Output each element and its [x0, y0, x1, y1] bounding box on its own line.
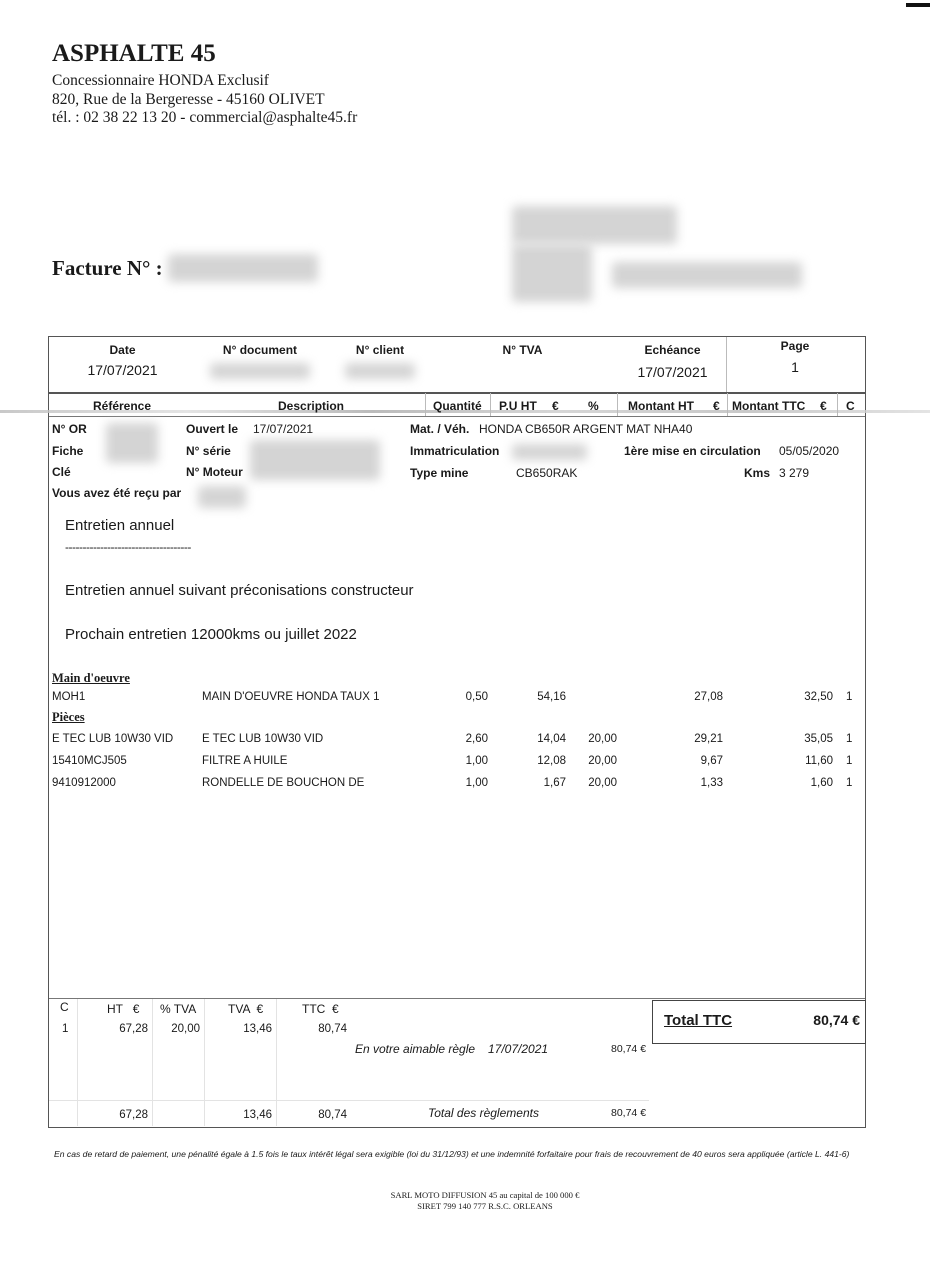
vat-total-ttc: 80,74	[285, 1109, 347, 1121]
vat-total-tva: 13,46	[210, 1109, 272, 1121]
cell-ref: 15410MCJ505	[52, 755, 192, 767]
cell-pct: 20,00	[575, 777, 617, 789]
fiche-label: Fiche	[52, 444, 83, 458]
vat-row-tva: 13,46	[210, 1023, 272, 1035]
col-pu-ht: P.U HT	[499, 399, 537, 413]
section-parts-title: Pièces	[52, 710, 85, 725]
col-montant-ttc-currency: €	[820, 399, 827, 413]
immatriculation-label: Immatriculation	[410, 444, 499, 458]
vat-header-pct: % TVA	[160, 1002, 196, 1016]
page-label: Page	[760, 339, 830, 353]
cell-desc: E TEC LUB 10W30 VID	[202, 733, 432, 745]
cell-ttc: 1,60	[770, 777, 833, 789]
cell-qty: 1,00	[440, 777, 488, 789]
notes-title: Entretien annuel	[65, 517, 174, 534]
date-value: 17/07/2021	[70, 362, 175, 378]
cell-desc: FILTRE A HUILE	[202, 755, 432, 767]
col-c: C	[846, 399, 855, 413]
vat-header-ht: HT €	[107, 1002, 139, 1016]
type-mine-value: CB650RAK	[516, 466, 577, 480]
cell-qty: 0,50	[440, 691, 488, 703]
kms-value: 3 279	[779, 466, 809, 480]
vat-row-pct: 20,00	[155, 1023, 200, 1035]
cell-pct: 20,00	[575, 755, 617, 767]
invoice-title: Facture N° :	[52, 256, 163, 281]
vat-header-tva: TVA €	[228, 1002, 263, 1016]
ouvert-value: 17/07/2021	[253, 422, 313, 436]
vat-header-c: C	[60, 1000, 69, 1014]
cell-ht: 1,33	[650, 777, 723, 789]
cell-ht: 27,08	[650, 691, 723, 703]
cell-ht: 29,21	[650, 733, 723, 745]
col-montant-ht-currency: €	[713, 399, 720, 413]
col-montant-ttc: Montant TTC	[732, 399, 805, 413]
cell-ttc: 11,60	[770, 755, 833, 767]
footer-company: SARL MOTO DIFFUSION 45 au capital de 100…	[300, 1190, 670, 1200]
moteur-label: N° Moteur	[186, 465, 243, 479]
vat-row-ttc: 80,74	[285, 1023, 347, 1035]
echeance-label: Echéance	[620, 343, 725, 357]
cell-qty: 1,00	[440, 755, 488, 767]
vehicule-value: HONDA CB650R ARGENT MAT NHA40	[479, 422, 692, 436]
cell-qty: 2,60	[440, 733, 488, 745]
vat-row-ht: 67,28	[90, 1023, 148, 1035]
document-number-redacted	[210, 363, 310, 379]
col-reference: Référence	[93, 399, 151, 413]
cell-pu: 14,04	[510, 733, 566, 745]
client-number-redacted	[345, 363, 415, 379]
recu-par-redacted	[198, 486, 246, 508]
customer-city-redacted	[612, 262, 802, 288]
customer-name-redacted	[512, 206, 677, 244]
cell-ref: E TEC LUB 10W30 VID	[52, 733, 192, 745]
circulation-label: 1ère mise en circulation	[624, 444, 761, 458]
customer-address-redacted	[512, 244, 592, 302]
notes-line-1: Entretien annuel suivant préconisations …	[65, 582, 414, 599]
serie-label: N° série	[186, 444, 231, 458]
cell-desc: RONDELLE DE BOUCHON DE	[202, 777, 432, 789]
scan-mark	[906, 3, 930, 7]
col-percent: %	[588, 399, 599, 413]
type-mine-label: Type mine	[410, 466, 468, 480]
or-number-redacted	[106, 423, 158, 463]
cell-c: 1	[846, 691, 856, 703]
company-name: ASPHALTE 45	[52, 40, 216, 68]
document-label: N° document	[200, 343, 320, 357]
notes-separator: ------------------------------------	[65, 540, 191, 554]
company-contact: tél. : 02 38 22 13 20 - commercial@aspha…	[52, 109, 357, 127]
date-label: Date	[70, 343, 175, 357]
or-label: N° OR	[52, 422, 87, 436]
late-payment-notice: En cas de retard de paiement, une pénali…	[54, 1149, 869, 1159]
company-tagline: Concessionnaire HONDA Exclusif	[52, 72, 269, 90]
vat-row-c: 1	[62, 1023, 68, 1035]
cell-ttc: 35,05	[770, 733, 833, 745]
cell-ht: 9,67	[650, 755, 723, 767]
tva-label: N° TVA	[480, 343, 565, 357]
cell-c: 1	[846, 777, 856, 789]
page-value: 1	[760, 359, 830, 375]
vat-header-ttc: TTC €	[302, 1002, 339, 1016]
col-montant-ht: Montant HT	[628, 399, 694, 413]
echeance-value: 17/07/2021	[620, 364, 725, 380]
serie-redacted	[250, 440, 380, 480]
col-quantite: Quantité	[433, 399, 482, 413]
col-pu-ht-currency: €	[552, 399, 559, 413]
section-labor-title: Main d'oeuvre	[52, 671, 130, 686]
cell-ttc: 32,50	[770, 691, 833, 703]
circulation-value: 05/05/2020	[779, 444, 839, 458]
ouvert-label: Ouvert le	[186, 422, 238, 436]
payment-amount: 80,74 €	[611, 1043, 646, 1055]
cell-ref: 9410912000	[52, 777, 192, 789]
vat-total-ht: 67,28	[90, 1109, 148, 1121]
cle-label: Clé	[52, 465, 71, 479]
cell-pu: 12,08	[510, 755, 566, 767]
cell-c: 1	[846, 755, 856, 767]
cell-pct: 20,00	[575, 733, 617, 745]
cell-pu: 54,16	[510, 691, 566, 703]
cell-desc: MAIN D'OEUVRE HONDA TAUX 1	[202, 691, 432, 703]
kms-label: Kms	[744, 466, 770, 480]
cell-pu: 1,67	[510, 777, 566, 789]
notes-line-2: Prochain entretien 12000kms ou juillet 2…	[65, 626, 357, 643]
invoice-number-redacted	[168, 254, 318, 282]
recu-par-label: Vous avez été reçu par	[52, 486, 181, 500]
cell-ref: MOH1	[52, 691, 192, 703]
cell-c: 1	[846, 733, 856, 745]
payments-total-amount: 80,74 €	[611, 1107, 646, 1119]
immatriculation-redacted	[512, 444, 587, 460]
total-ttc-value: 80,74 €	[770, 1012, 860, 1028]
total-ttc-label: Total TTC	[664, 1012, 732, 1029]
vehicule-label: Mat. / Véh.	[410, 422, 469, 436]
payment-label: En votre aimable règle	[355, 1042, 475, 1056]
payments-total-label: Total des règlements	[428, 1106, 539, 1120]
payment-date: 17/07/2021	[488, 1042, 548, 1056]
client-label: N° client	[340, 343, 420, 357]
company-address: 820, Rue de la Bergeresse - 45160 OLIVET	[52, 91, 325, 109]
col-description: Description	[278, 399, 344, 413]
footer-siret: SIRET 799 140 777 R.S.C. ORLEANS	[300, 1201, 670, 1211]
